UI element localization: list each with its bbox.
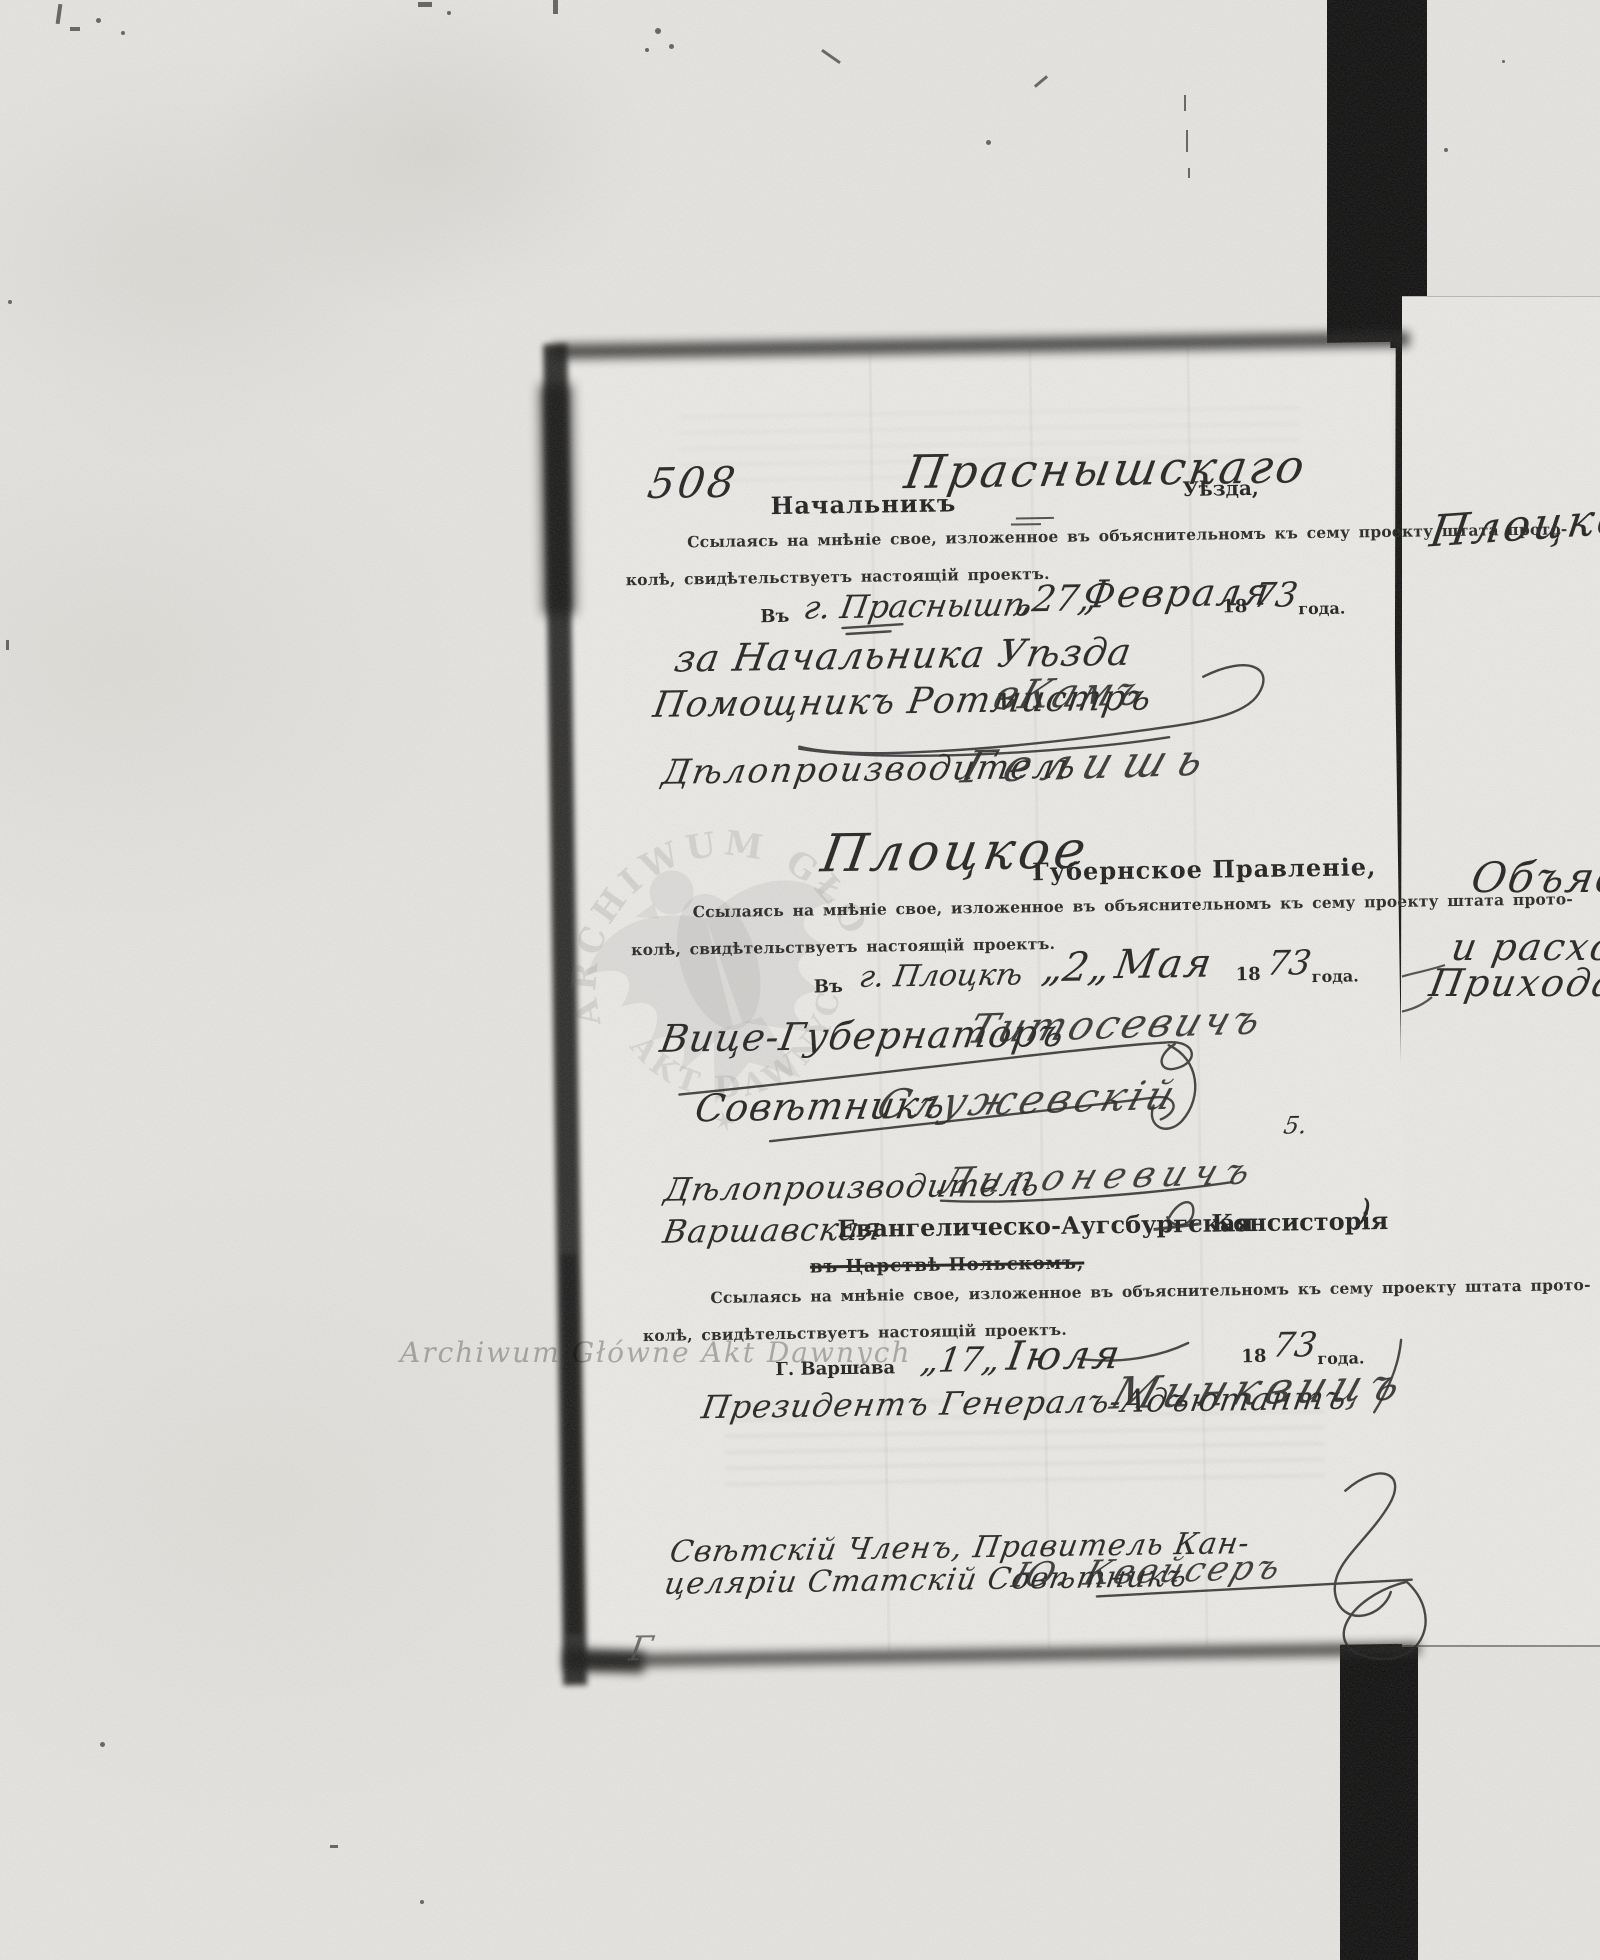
film-speck bbox=[986, 140, 991, 145]
film-speck bbox=[96, 18, 101, 23]
film-speck bbox=[1444, 148, 1448, 152]
film-separator-bar-bottom bbox=[1340, 1636, 1418, 1960]
film-speck bbox=[1184, 95, 1186, 111]
film-speck bbox=[1034, 75, 1048, 88]
film-speck bbox=[420, 1900, 424, 1904]
adjacent-page: Плоцкое Г Объясн и расхода Прихода bbox=[1402, 296, 1600, 1647]
film-speck bbox=[70, 27, 80, 31]
film-speck bbox=[655, 28, 661, 34]
archival-scan: Плоцкое Г Объясн и расхода Прихода ARCHI… bbox=[0, 0, 1600, 1960]
film-speck bbox=[6, 640, 9, 650]
document-page: ARCHIWUM GŁÓWNE AKT DAWNYCH ✶ 508 Началь… bbox=[558, 342, 1409, 1656]
film-speck bbox=[1502, 60, 1505, 63]
film-speck bbox=[121, 31, 125, 35]
film-speck bbox=[8, 300, 12, 304]
film-speck bbox=[330, 1845, 338, 1848]
film-speck bbox=[56, 4, 63, 24]
film-speck bbox=[100, 1742, 105, 1747]
film-speck bbox=[418, 2, 432, 7]
film-speck bbox=[553, 0, 558, 14]
film-speck bbox=[821, 49, 841, 64]
film-speck bbox=[669, 44, 674, 49]
signature-flourishes bbox=[558, 342, 1409, 1656]
film-speck bbox=[447, 11, 451, 15]
film-speck bbox=[1188, 168, 1190, 178]
film-speck bbox=[645, 48, 649, 52]
archive-watermark-text: Archiwum Główne Akt Dawnych bbox=[400, 1336, 912, 1369]
adjacent-page-swash bbox=[1402, 297, 1600, 1645]
film-speck bbox=[1186, 130, 1188, 152]
